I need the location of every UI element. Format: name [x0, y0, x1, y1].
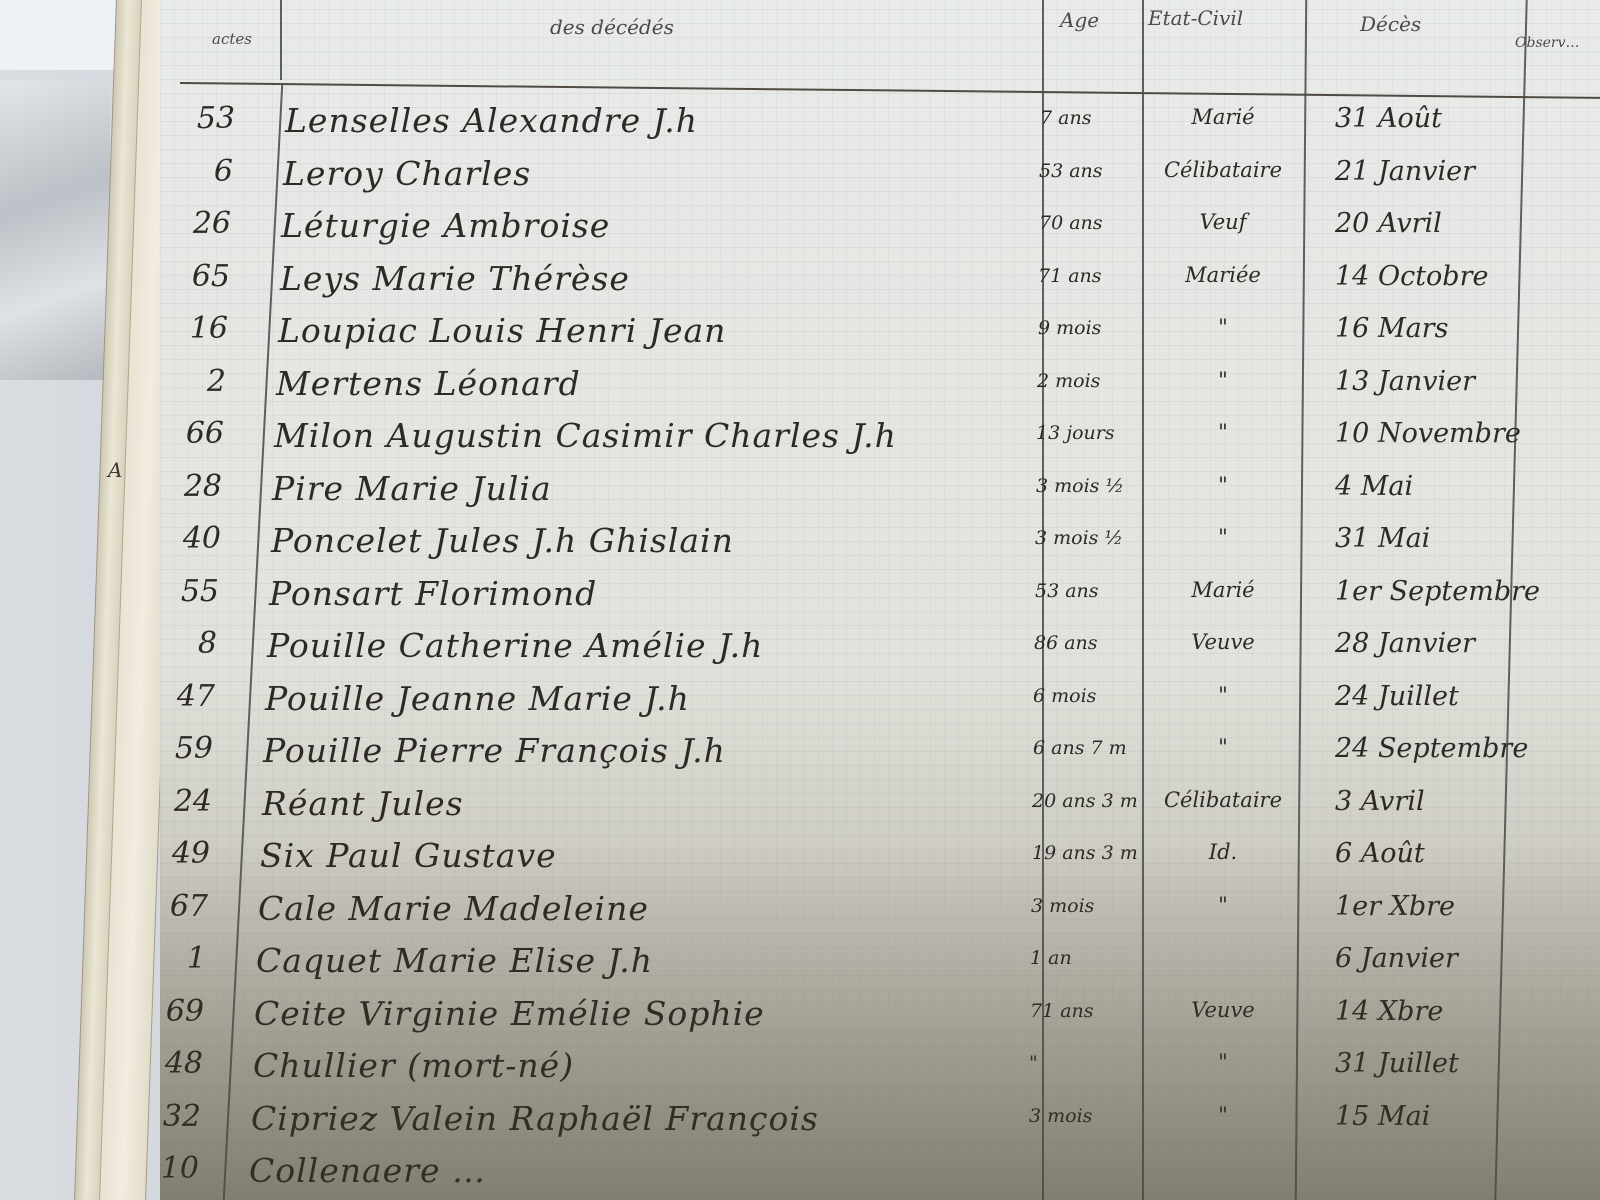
entry-etat-civil: Veuf: [1148, 210, 1298, 234]
entry-age: 20 ans 3 m: [1032, 790, 1138, 812]
entry-number: 65: [160, 259, 230, 294]
entry-name: Caquet Marie Elise J.h: [256, 941, 653, 980]
register-row: 8Pouille Catherine Amélie J.h86 ansVeuve…: [160, 620, 1600, 672]
entry-etat-civil: ": [1148, 1103, 1298, 1127]
register-row: 28Pire Marie Julia3 mois ½"4 Mai: [160, 463, 1600, 515]
register-row: 24Réant Jules20 ans 3 mCélibataire3 Avri…: [160, 778, 1600, 830]
entry-etat-civil: ": [1148, 420, 1298, 444]
entry-date-deces: 15 Mai: [1335, 1101, 1430, 1132]
entry-number: 49: [140, 836, 210, 871]
entry-age: 53 ans: [1035, 580, 1099, 602]
entry-date-deces: 13 Janvier: [1335, 366, 1475, 397]
register-row: 32Cipriez Valein Raphaël François3 mois"…: [160, 1093, 1600, 1145]
register-row: 16Loupiac Louis Henri Jean9 mois"16 Mars: [160, 305, 1600, 357]
register-row: 2Mertens Léonard2 mois"13 Janvier: [160, 358, 1600, 410]
entry-etat-civil: Marié: [1148, 105, 1298, 129]
entry-etat-civil: Veuve: [1148, 998, 1298, 1022]
entry-etat-civil: ": [1148, 1050, 1298, 1074]
entry-number: 47: [145, 679, 215, 714]
entry-name: Pouille Pierre François J.h: [263, 731, 726, 770]
entry-name: Leroy Charles: [283, 154, 531, 193]
entry-age: 70 ans: [1039, 212, 1103, 234]
entry-number: 16: [158, 311, 228, 346]
entry-age: 19 ans 3 m: [1032, 842, 1138, 864]
entry-age: 3 mois: [1031, 895, 1094, 917]
entry-date-deces: 3 Avril: [1335, 786, 1425, 817]
register-row: 66Milon Augustin Casimir Charles J.h13 j…: [160, 410, 1600, 462]
background-object: [0, 0, 123, 70]
register-row: 6Leroy Charles53 ansCélibataire21 Janvie…: [160, 148, 1600, 200]
entry-number: 1: [136, 941, 206, 976]
entry-etat-civil: ": [1148, 735, 1298, 759]
entry-etat-civil: ": [1148, 525, 1298, 549]
entry-age: 3 mois: [1029, 1105, 1092, 1127]
entry-date-deces: 21 Janvier: [1335, 156, 1475, 187]
entry-number: 67: [138, 889, 208, 924]
photo-scene: actes des décédés Age Etat-Civil Décès O…: [0, 0, 1600, 1200]
register-row: 53Lenselles Alexandre J.h7 ansMarié31 Ao…: [160, 95, 1600, 147]
register-row: 48Chullier (mort-né)""31 Juillet: [160, 1040, 1600, 1092]
entry-number: 26: [161, 206, 231, 241]
entry-age: 2 mois: [1037, 370, 1100, 392]
entry-number: 59: [143, 731, 213, 766]
background-plastic-sheet: [0, 80, 110, 380]
entry-name: Ceite Virginie Emélie Sophie: [254, 994, 765, 1033]
entry-age: 71 ans: [1030, 1000, 1094, 1022]
entry-name: Chullier (mort-né): [253, 1046, 574, 1085]
register-page: actes des décédés Age Etat-Civil Décès O…: [160, 0, 1600, 1200]
entry-name: Cale Marie Madeleine: [258, 889, 649, 928]
entry-date-deces: 14 Xbre: [1335, 996, 1443, 1027]
entry-etat-civil: ": [1148, 315, 1298, 339]
entry-date-deces: 31 Août: [1335, 103, 1442, 134]
entry-name: Ponsart Florimond: [269, 574, 597, 613]
entry-number: 53: [165, 101, 235, 136]
entry-age: 7 ans: [1040, 107, 1091, 129]
entry-number: 55: [149, 574, 219, 609]
entry-number: 48: [133, 1046, 203, 1081]
entry-age: 9 mois: [1038, 317, 1101, 339]
entry-number: 66: [154, 416, 224, 451]
entry-date-deces: 28 Janvier: [1335, 628, 1475, 659]
entry-etat-civil: Célibataire: [1148, 158, 1298, 182]
entry-number: 2: [156, 364, 226, 399]
entry-age: 1 an: [1030, 947, 1072, 969]
column-divider: [280, 0, 282, 80]
entry-number: 10: [129, 1151, 199, 1186]
entry-etat-civil: Id.: [1148, 840, 1298, 864]
entry-age: ": [1029, 1052, 1038, 1074]
entry-age: 3 mois ½: [1035, 527, 1123, 549]
entry-date-deces: 31 Mai: [1335, 523, 1430, 554]
entry-name: Lenselles Alexandre J.h: [285, 101, 698, 140]
entry-date-deces: 24 Juillet: [1335, 681, 1459, 712]
entry-name: Léturgie Ambroise: [281, 206, 610, 245]
entry-age: 71 ans: [1038, 265, 1102, 287]
register-row: 67Cale Marie Madeleine3 mois"1er Xbre: [160, 883, 1600, 935]
entry-date-deces: 1er Septembre: [1335, 576, 1540, 607]
entry-etat-civil: Mariée: [1148, 263, 1298, 287]
entry-age: 3 mois ½: [1036, 475, 1124, 497]
entry-name: Mertens Léonard: [276, 364, 581, 403]
entry-name: Poncelet Jules J.h Ghislain: [271, 521, 734, 560]
register-row: 47Pouille Jeanne Marie J.h6 mois"24 Juil…: [160, 673, 1600, 725]
entry-etat-civil: Veuve: [1148, 630, 1298, 654]
entry-name: Pouille Jeanne Marie J.h: [265, 679, 690, 718]
entry-name: Loupiac Louis Henri Jean: [278, 311, 726, 350]
entry-etat-civil: ": [1148, 683, 1298, 707]
entry-name: Réant Jules: [262, 784, 464, 823]
register-row: 55Ponsart Florimond53 ansMarié1er Septem…: [160, 568, 1600, 620]
entry-age: 6 mois: [1033, 685, 1096, 707]
entry-etat-civil: Célibataire: [1148, 788, 1298, 812]
entry-date-deces: 24 Septembre: [1335, 733, 1528, 764]
entry-name: Pire Marie Julia: [272, 469, 552, 508]
entry-name: Cipriez Valein Raphaël François: [251, 1099, 819, 1138]
entry-date-deces: 1er Xbre: [1335, 891, 1455, 922]
entry-age: 6 ans 7 m: [1033, 737, 1127, 759]
register-row: 1Caquet Marie Elise J.h1 an6 Janvier: [160, 935, 1600, 987]
entry-date-deces: 20 Avril: [1335, 208, 1442, 239]
entry-name: Pouille Catherine Amélie J.h: [267, 626, 763, 665]
margin-annotation: A: [108, 458, 122, 482]
entry-number: 40: [151, 521, 221, 556]
entry-age: 13 jours: [1036, 422, 1115, 444]
entry-number: 6: [163, 154, 233, 189]
entry-date-deces: 10 Novembre: [1335, 418, 1521, 449]
header-actes: actes: [212, 30, 252, 48]
register-row: 40Poncelet Jules J.h Ghislain3 mois ½"31…: [160, 515, 1600, 567]
entry-etat-civil: ": [1148, 893, 1298, 917]
register-row: 10Collenaere …: [160, 1145, 1600, 1197]
entry-etat-civil: ": [1148, 368, 1298, 392]
register-row: 49Six Paul Gustave19 ans 3 mId.6 Août: [160, 830, 1600, 882]
register-row: 69Ceite Virginie Emélie Sophie71 ansVeuv…: [160, 988, 1600, 1040]
entry-date-deces: 6 Janvier: [1335, 943, 1458, 974]
register-row: 59Pouille Pierre François J.h6 ans 7 m"2…: [160, 725, 1600, 777]
entry-etat-civil: ": [1148, 473, 1298, 497]
entry-number: 24: [142, 784, 212, 819]
entry-date-deces: 14 Octobre: [1335, 261, 1488, 292]
entry-date-deces: 6 Août: [1335, 838, 1425, 869]
entry-date-deces: 31 Juillet: [1335, 1048, 1459, 1079]
entry-number: 69: [134, 994, 204, 1029]
entry-name: Six Paul Gustave: [260, 836, 557, 875]
header-age: Age: [1060, 8, 1099, 32]
register-row: 26Léturgie Ambroise70 ansVeuf20 Avril: [160, 200, 1600, 252]
header-observations: Observ…: [1515, 35, 1580, 51]
header-deces: Décès: [1360, 12, 1421, 36]
entry-date-deces: 4 Mai: [1335, 471, 1413, 502]
entry-number: 8: [147, 626, 217, 661]
entry-age: 86 ans: [1034, 632, 1098, 654]
entry-name: Collenaere …: [249, 1151, 486, 1190]
entry-name: Leys Marie Thérèse: [280, 259, 630, 298]
entry-number: 28: [152, 469, 222, 504]
entry-age: 53 ans: [1039, 160, 1103, 182]
entry-number: 32: [131, 1099, 201, 1134]
register-row: 65Leys Marie Thérèse71 ansMariée14 Octob…: [160, 253, 1600, 305]
entry-name: Milon Augustin Casimir Charles J.h: [274, 416, 897, 455]
entry-date-deces: 16 Mars: [1335, 313, 1448, 344]
header-nom: des décédés: [550, 15, 674, 39]
entry-etat-civil: Marié: [1148, 578, 1298, 602]
header-etat-civil: Etat-Civil: [1148, 6, 1243, 30]
